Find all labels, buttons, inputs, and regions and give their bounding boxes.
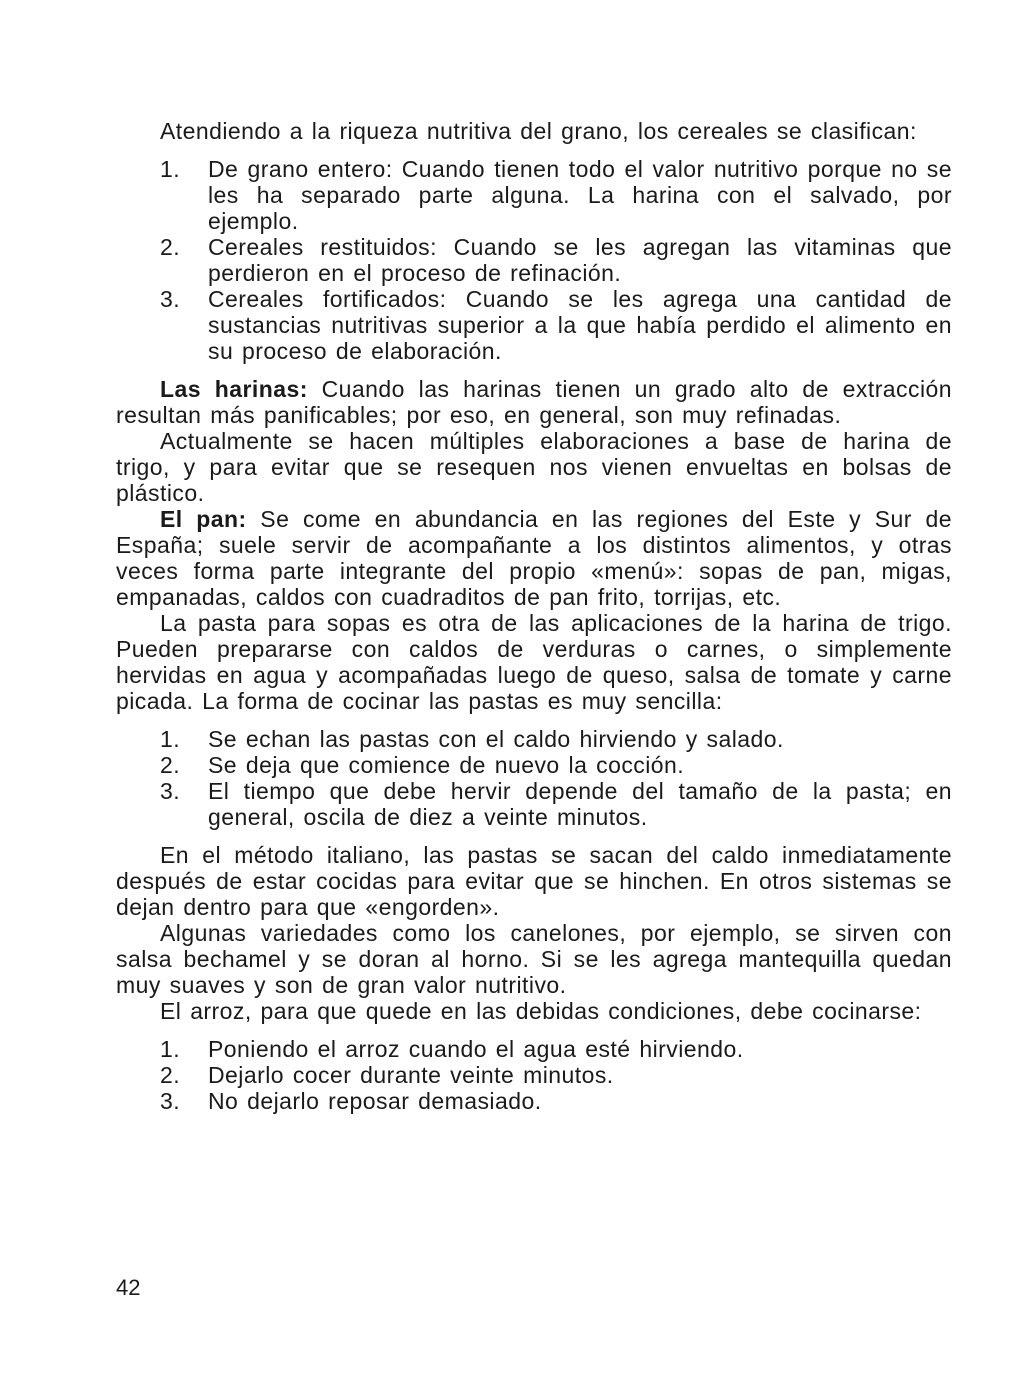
metodo-italiano-paragraph: En el método italiano, las pastas se sac…	[116, 842, 952, 920]
list-number: 1.	[160, 1036, 180, 1062]
list-number: 3.	[160, 286, 180, 312]
list-number: 1.	[160, 156, 180, 182]
list-text: El tiempo que debe hervir depende del ta…	[208, 778, 952, 830]
arroz-steps-list: 1. Poniendo el arroz cuando el agua esté…	[116, 1036, 952, 1114]
harinas-heading: Las harinas:	[160, 376, 308, 402]
list-number: 1.	[160, 726, 180, 752]
list-item: 1. Poniendo el arroz cuando el agua esté…	[116, 1036, 952, 1062]
list-text: Cereales restituidos: Cuando se les agre…	[208, 234, 952, 286]
pan-paragraph: El pan: Se come en abundancia en las reg…	[116, 506, 952, 610]
actualmente-paragraph: Actualmente se hacen múltiples elaboraci…	[116, 428, 952, 506]
list-number: 2.	[160, 752, 180, 778]
pan-heading: El pan:	[160, 506, 247, 532]
list-text: Cereales fortificados: Cuando se les agr…	[208, 286, 952, 364]
list-text: Dejarlo cocer durante veinte minutos.	[208, 1062, 614, 1088]
list-item: 3. No dejarlo reposar demasiado.	[116, 1088, 952, 1114]
pasta-paragraph: La pasta para sopas es otra de las aplic…	[116, 610, 952, 714]
list-item: 3. El tiempo que debe hervir depende del…	[116, 778, 952, 830]
harinas-paragraph: Las harinas: Cuando las harinas tienen u…	[116, 376, 952, 428]
list-number: 2.	[160, 1062, 180, 1088]
list-text: Se echan las pastas con el caldo hirvien…	[208, 726, 784, 752]
list-number: 3.	[160, 778, 180, 804]
list-item: 3. Cereales fortificados: Cuando se les …	[116, 286, 952, 364]
page-number: 42	[116, 1275, 140, 1301]
list-item: 2. Dejarlo cocer durante veinte minutos.	[116, 1062, 952, 1088]
intro-paragraph: Atendiendo a la riqueza nutritiva del gr…	[116, 118, 952, 144]
list-item: 2. Se deja que comience de nuevo la cocc…	[116, 752, 952, 778]
cereal-types-list: 1. De grano entero: Cuando tienen todo e…	[116, 156, 952, 364]
list-text: Poniendo el arroz cuando el agua esté hi…	[208, 1036, 744, 1062]
list-item: 1. Se echan las pastas con el caldo hirv…	[116, 726, 952, 752]
list-item: 1. De grano entero: Cuando tienen todo e…	[116, 156, 952, 234]
list-text: De grano entero: Cuando tienen todo el v…	[208, 156, 952, 234]
list-item: 2. Cereales restituidos: Cuando se les a…	[116, 234, 952, 286]
arroz-paragraph: El arroz, para que quede en las debidas …	[116, 998, 952, 1024]
list-number: 2.	[160, 234, 180, 260]
list-text: No dejarlo reposar demasiado.	[208, 1088, 542, 1114]
variedades-paragraph: Algunas variedades como los canelones, p…	[116, 920, 952, 998]
list-text: Se deja que comience de nuevo la cocción…	[208, 752, 684, 778]
list-number: 3.	[160, 1088, 180, 1114]
pasta-steps-list: 1. Se echan las pastas con el caldo hirv…	[116, 726, 952, 830]
page-body: Atendiendo a la riqueza nutritiva del gr…	[116, 118, 952, 1126]
